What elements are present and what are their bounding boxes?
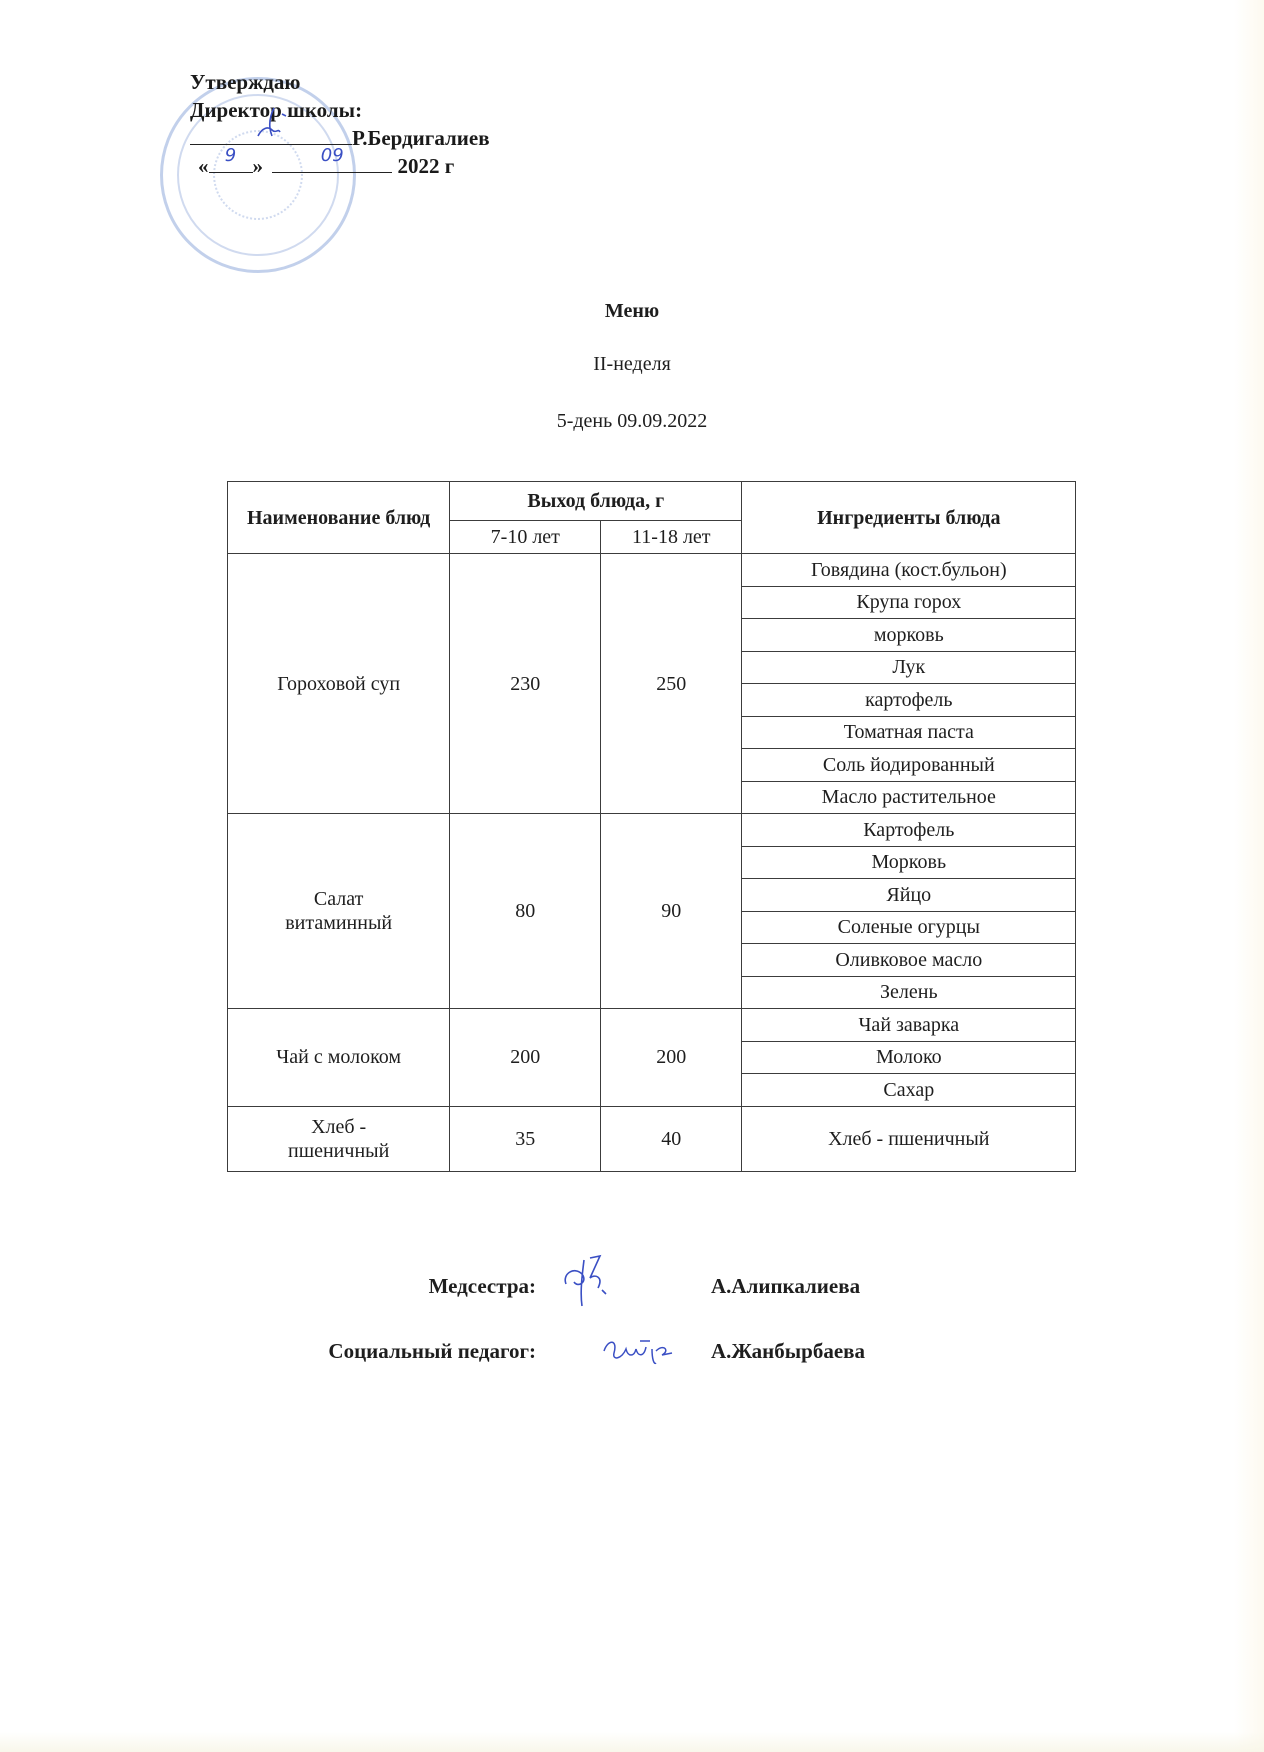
portion-11-18-cell: 250 bbox=[601, 554, 742, 814]
scan-page-edge bbox=[1234, 0, 1264, 1752]
ingredient-cell: Сахар bbox=[742, 1074, 1076, 1107]
dish-name-cell: Гороховой суп bbox=[228, 554, 450, 814]
nurse-signature-icon bbox=[560, 1254, 630, 1310]
header-ingredients: Ингредиенты блюда bbox=[742, 482, 1076, 554]
header-age-11-18: 11-18 лет bbox=[601, 521, 742, 554]
portion-11-18-cell: 90 bbox=[601, 814, 742, 1009]
header-age-7-10: 7-10 лет bbox=[450, 521, 601, 554]
ingredient-cell: картофель bbox=[742, 684, 1076, 717]
ingredient-cell: Оливковое масло bbox=[742, 944, 1076, 977]
ingredient-cell: Крупа горох bbox=[742, 586, 1076, 619]
header-dish-name: Наименование блюд bbox=[228, 482, 450, 554]
dish-name-cell: Чай с молоком bbox=[228, 1009, 450, 1107]
ingredient-cell: морковь bbox=[742, 619, 1076, 652]
ingredient-cell: Масло растительное bbox=[742, 781, 1076, 814]
ingredient-cell: Лук bbox=[742, 651, 1076, 684]
date-month-blank: 09 bbox=[272, 152, 392, 173]
table-header-row: Наименование блюд Выход блюда, г Ингреди… bbox=[228, 482, 1076, 521]
portion-11-18-cell: 200 bbox=[601, 1009, 742, 1107]
ingredient-cell: Соленые огурцы bbox=[742, 911, 1076, 944]
date-close-quote: » bbox=[253, 154, 264, 178]
date-open-quote: « bbox=[198, 154, 209, 178]
ingredient-cell: Молоко bbox=[742, 1041, 1076, 1074]
ingredient-cell: Зелень bbox=[742, 976, 1076, 1009]
ingredient-cell: Говядина (кост.бульон) bbox=[742, 554, 1076, 587]
scan-page-bottom-edge bbox=[0, 1732, 1264, 1752]
date-year: 2022 г bbox=[398, 154, 455, 178]
ingredient-cell: Соль йодированный bbox=[742, 749, 1076, 782]
table-row: Салат витаминный8090Картофель bbox=[228, 814, 1076, 847]
portion-7-10-cell: 80 bbox=[450, 814, 601, 1009]
ingredient-cell: Томатная паста bbox=[742, 716, 1076, 749]
portion-7-10-cell: 200 bbox=[450, 1009, 601, 1107]
social-pedagogue-name: А.Жанбырбаева bbox=[711, 1339, 865, 1364]
ingredient-cell: Морковь bbox=[742, 846, 1076, 879]
table-row: Гороховой суп230250Говядина (кост.бульон… bbox=[228, 554, 1076, 587]
day-date-label: 5-день 09.09.2022 bbox=[0, 410, 1264, 433]
portion-11-18-cell: 40 bbox=[601, 1106, 742, 1171]
document-title: Меню bbox=[0, 300, 1264, 323]
nurse-label: Медсестра: bbox=[136, 1274, 536, 1299]
ingredient-cell: Хлеб - пшеничный bbox=[742, 1106, 1076, 1171]
ingredient-cell: Картофель bbox=[742, 814, 1076, 847]
header-portion: Выход блюда, г bbox=[450, 482, 742, 521]
social-pedagogue-label: Социальный педагог: bbox=[136, 1339, 536, 1364]
nurse-name: А.Алипкалиева bbox=[711, 1274, 860, 1299]
ingredient-cell: Чай заварка bbox=[742, 1009, 1076, 1042]
table-row: Чай с молоком200200Чай заварка bbox=[228, 1009, 1076, 1042]
portion-7-10-cell: 230 bbox=[450, 554, 601, 814]
date-month: 09 bbox=[272, 142, 392, 170]
date-day: 9 bbox=[209, 142, 253, 170]
week-label: II-неделя bbox=[0, 353, 1264, 376]
dish-name-cell: Салат витаминный bbox=[228, 814, 450, 1009]
dish-name-cell: Хлеб - пшеничный bbox=[228, 1106, 450, 1171]
ingredient-cell: Яйцо bbox=[742, 879, 1076, 912]
director-signature-icon bbox=[252, 106, 292, 142]
table-row: Хлеб - пшеничный3540Хлеб - пшеничный bbox=[228, 1106, 1076, 1171]
director-title: Директор школы: bbox=[190, 96, 490, 124]
date-day-blank: 9 bbox=[209, 152, 253, 173]
approval-date: «9» 09 2022 г bbox=[190, 152, 490, 180]
social-pedagogue-signature-icon bbox=[600, 1333, 680, 1367]
menu-table: Наименование блюд Выход блюда, г Ингреди… bbox=[227, 481, 1076, 1172]
approval-block: Утверждаю Директор школы: Р.Бердигалиев … bbox=[190, 68, 490, 180]
approval-heading: Утверждаю bbox=[190, 68, 490, 96]
portion-7-10-cell: 35 bbox=[450, 1106, 601, 1171]
